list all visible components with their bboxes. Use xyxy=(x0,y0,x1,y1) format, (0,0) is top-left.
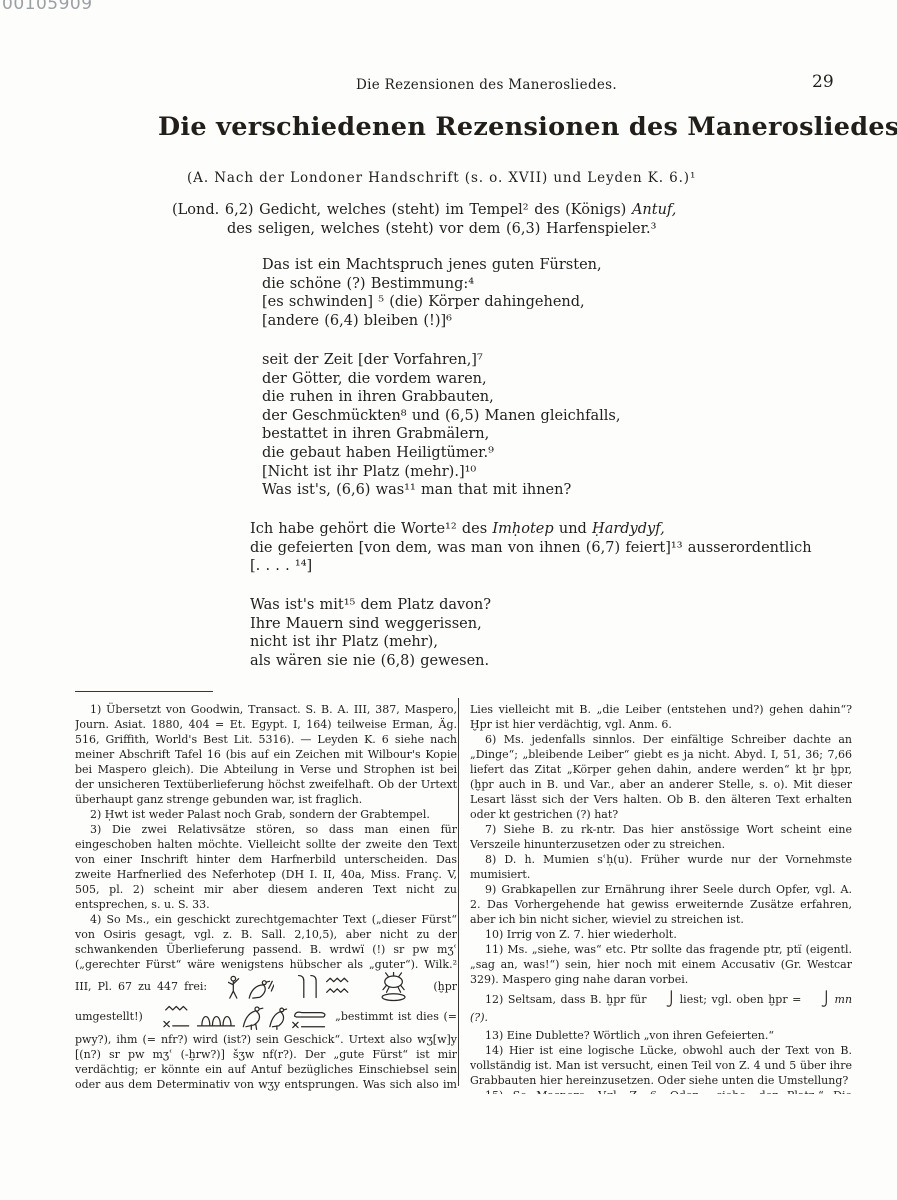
subtitle: (A. Nach der Londoner Handschrift (s. o.… xyxy=(187,170,696,186)
page-title: Die verschiedenen Rezensionen des Manero… xyxy=(158,112,897,142)
footnote-14: 14) Hier ist eine logische Lücke, obwohl… xyxy=(470,1043,852,1088)
man-and-bird-hieroglyph-icon xyxy=(213,974,274,1001)
footnote-12-text: 12) Seltsam, dass B. ḫpr für xyxy=(485,993,647,1006)
intro-line-1-name: Antuf, xyxy=(632,202,676,218)
poem-line: die ruhen in ihren Grabbauten, xyxy=(262,388,620,407)
wick-sign-hieroglyph-icon xyxy=(806,990,830,1010)
poem-line: Ich habe gehört die Worte¹² des Imḥotep … xyxy=(250,520,812,539)
poem-line: Was ist's mit¹⁵ dem Platz davon? xyxy=(250,596,491,615)
poem-line: der Götter, die vordem waren, xyxy=(262,370,620,389)
intro-line-1: (Lond. 6,2) Gedicht, welches (steht) im … xyxy=(172,202,676,218)
footnote-12: 12) Seltsam, dass B. ḫpr für liest; vgl.… xyxy=(470,990,852,1025)
footnote-9: 9) Grabkapellen zur Ernährung ihrer Seel… xyxy=(470,882,852,927)
footnote-8: 8) D. h. Mumien sʿḥ(u). Früher wurde nur… xyxy=(470,852,852,882)
stanza-2: seit der Zeit [der Vorfahren,]⁷ der Gött… xyxy=(262,351,620,500)
footnote-3: 3) Die zwei Relativsätze stören, so dass… xyxy=(75,822,457,912)
footnote-separator xyxy=(75,691,213,692)
footnote-2: 2) Ḥwt ist weder Palast noch Grab, sonde… xyxy=(75,807,457,822)
footnote-10: 10) Irrig von Z. 7. hier wiederholt. xyxy=(470,927,852,942)
poem-line: die gefeierten [von dem, was man von ihn… xyxy=(250,539,812,558)
water-loops-birds-sledge-hieroglyph-icon xyxy=(147,1002,330,1032)
stanza-3: Ich habe gehört die Worte¹² des Imḥotep … xyxy=(250,520,812,576)
poem-line: die schöne (?) Bestimmung:⁴ xyxy=(262,275,602,294)
footnote-6: 6) Ms. jedenfalls sinnlos. Der einfältig… xyxy=(470,732,852,822)
poem-line: Das ist ein Machtspruch jenes guten Fürs… xyxy=(262,256,602,275)
poem-line: [Nicht ist ihr Platz (mehr).]¹⁰ xyxy=(262,463,620,482)
book-page: 00105909 Die Rezensionen des Maneroslied… xyxy=(0,0,897,1200)
footnote-12-text: liest; vgl. oben ḫpr = xyxy=(680,993,802,1006)
poem-line: als wären sie nie (6,8) gewesen. xyxy=(250,652,491,671)
person-name-imhotep: Imḥotep xyxy=(492,521,553,537)
stanza-1: Das ist ein Machtspruch jenes guten Fürs… xyxy=(262,256,602,330)
footnote-4: 4) So Ms., ein geschickt zurechtgemachte… xyxy=(75,912,457,1094)
footnote-15: 15) So Maspero, Vgl. Z. 6. Oder: „siehe,… xyxy=(470,1088,852,1094)
poem-line: der Geschmückten⁸ und (6,5) Manen gleich… xyxy=(262,407,620,426)
poem-line: die gebaut haben Heiligtümer.⁹ xyxy=(262,444,620,463)
poem-line: Was ist's, (6,6) was¹¹ man that mit ihne… xyxy=(262,481,620,500)
stanza-4: Was ist's mit¹⁵ dem Platz davon? Ihre Ma… xyxy=(250,596,491,670)
person-name-hardydyf: Ḥardydyf, xyxy=(592,521,665,537)
poem-line: Ihre Mauern sind weggerissen, xyxy=(250,615,491,634)
footnote-1: 1) Übersetzt von Goodwin, Transact. S. B… xyxy=(75,702,457,807)
page-number: 29 xyxy=(812,72,834,92)
footnote-11: 11) Ms. „siehe, was“ etc. Ptr sollte das… xyxy=(470,942,852,987)
poem-line: [andere (6,4) bleiben (!)]⁶ xyxy=(262,312,602,331)
footnote-13: 13) Eine Dublette? Wörtlich „von ihren G… xyxy=(470,1028,852,1043)
footnotes-left-column: 1) Übersetzt von Goodwin, Transact. S. B… xyxy=(75,702,457,1094)
poem-line: seit der Zeit [der Vorfahren,]⁷ xyxy=(262,351,620,370)
scan-id-stamp: 00105909 xyxy=(2,0,93,14)
poem-line-part: und xyxy=(554,521,592,537)
wick-sign-hieroglyph-icon xyxy=(651,990,675,1010)
poem-line: [es schwinden] ⁵ (die) Körper dahingehen… xyxy=(262,293,602,312)
running-header: Die Rezensionen des Manerosliedes. xyxy=(356,77,617,93)
footnote-column-divider xyxy=(458,698,459,1086)
poem-line: nicht ist ihr Platz (mehr), xyxy=(250,633,491,652)
reeds-water-scarab-hieroglyph-icon xyxy=(280,972,427,1002)
poem-line-part: Ich habe gehört die Worte¹² des xyxy=(250,521,492,537)
footnote-7: 7) Siehe B. zu rk-ntr. Das hier anstössi… xyxy=(470,822,852,852)
intro-line-2: des seligen, welches (steht) vor dem (6,… xyxy=(227,221,656,237)
poem-line: [. . . . ¹⁴] xyxy=(250,557,812,576)
intro-line-1-text: (Lond. 6,2) Gedicht, welches (steht) im … xyxy=(172,202,632,218)
footnotes-right-column: Lies vielleicht mit B. „die Leiber (ents… xyxy=(470,702,852,1094)
poem-line: bestattet in ihren Grabmälern, xyxy=(262,425,620,444)
footnote-5-continuation: Lies vielleicht mit B. „die Leiber (ents… xyxy=(470,702,852,732)
